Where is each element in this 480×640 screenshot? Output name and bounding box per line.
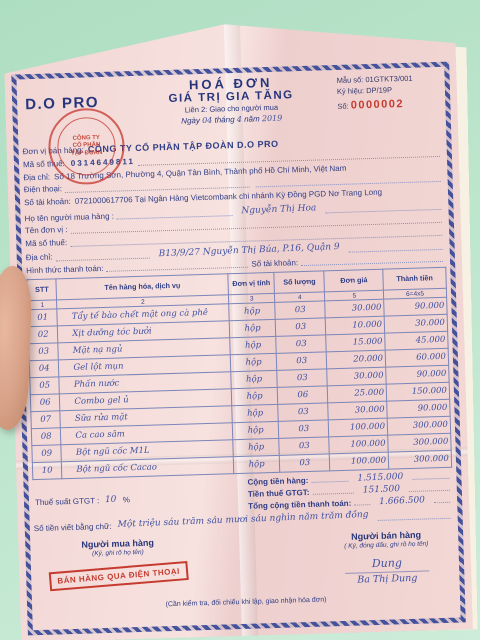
invoice-number: Số: 0000002 [337, 94, 441, 114]
invoice-content: D.O PRO CÔNG TY CỔ PHẦN TẬP ĐOÀN HOÁ ĐƠN… [20, 68, 456, 630]
subtotal-value: 1.515.000 [351, 472, 409, 484]
buyer-signature-block: Người mua hàng (Ký, ghi rõ họ tên) BÁN H… [48, 537, 188, 595]
seller-signature-block: Người bán hàng ( Ký, đóng dấu, ghi rõ họ… [344, 529, 430, 585]
phone-sale-stamp: BÁN HÀNG QUA ĐIỆN THOẠI [49, 561, 189, 591]
grand-total-value: 1.666.500 [373, 495, 431, 507]
company-round-stamp-text: CÔNG TY CỔ PHẦN TẬP ĐOÀN [57, 117, 117, 177]
seller-signature: Dung [345, 555, 430, 570]
signature-row: Người mua hàng (Ký, ghi rõ họ tên) BÁN H… [34, 529, 455, 595]
totals-block: Thuế suất GTGT : 10 % Cộng tiền hàng: 1.… [32, 471, 453, 533]
items-table: STT Tên hàng hóa, dịch vụ Đơn vị tính Số… [26, 267, 452, 480]
totals-column: Cộng tiền hàng: 1.515.000 Tiền thuế GTGT… [247, 471, 453, 511]
tax-rate-line: Thuế suất GTGT : 10 % [35, 492, 205, 507]
buyer-block: Họ tên người mua hàng : Nguyễn Thị Hoa T… [24, 199, 446, 276]
seller-signed-name: Ba Thị Dung [345, 570, 430, 585]
amount-in-words: Một triệu sáu trăm sáu mươi sáu nghìn nă… [111, 510, 374, 532]
vat-value: 151.500 [356, 484, 406, 496]
tax-rate-value: 10 [99, 495, 123, 506]
footer-note: (Cần kiểm tra, đối chiếu khi lập, giao n… [36, 593, 456, 612]
date-year: 2019 [262, 114, 283, 124]
amount-in-words-line: Số tiền viết bằng chữ: Một triệu sáu tră… [34, 509, 454, 533]
date-month: 4 [237, 115, 242, 124]
date-day: 04 [202, 116, 212, 125]
invoice-meta: Mẫu số: 01GTKT3/001 Ký hiệu: DP/19P Số: … [336, 72, 441, 114]
invoice-paper: D.O PRO CÔNG TY CỔ PHẦN TẬP ĐOÀN HOÁ ĐƠN… [3, 17, 473, 640]
invoice-header: D.O PRO CÔNG TY CỔ PHẦN TẬP ĐOÀN HOÁ ĐƠN… [20, 68, 442, 144]
photo-background: D.O PRO CÔNG TY CỔ PHẦN TẬP ĐOÀN HOÁ ĐƠN… [0, 0, 480, 640]
